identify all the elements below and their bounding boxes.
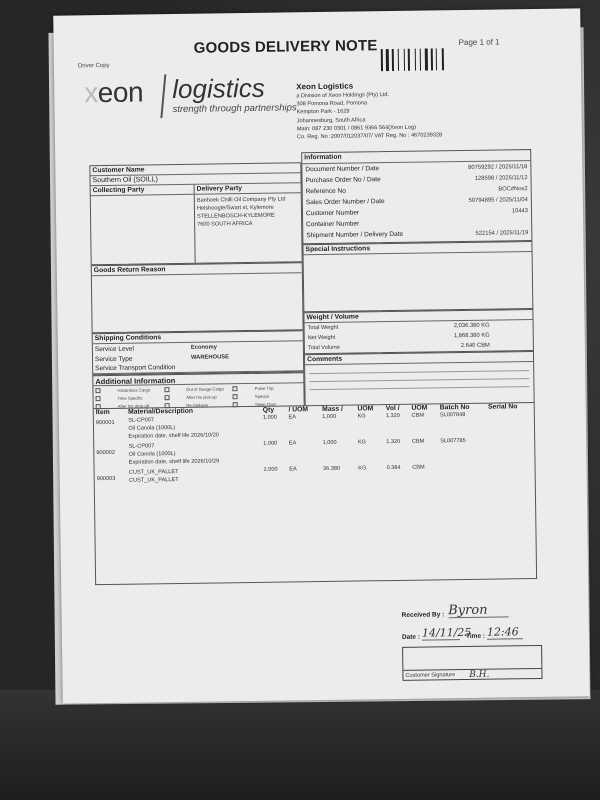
weight-volume-value: 2,036.380 KG <box>454 323 490 329</box>
additional-info-option[interactable]: Time Specific <box>96 394 165 402</box>
comment-line <box>309 378 529 382</box>
item-desc: CUST_UK_PALLET <box>129 475 260 485</box>
items-table: ItemMaterial/DescriptionQty/ UOMMass /UO… <box>94 403 535 486</box>
checkbox-icon[interactable] <box>96 396 101 401</box>
item-number: 900003 <box>95 468 128 486</box>
items-section: ItemMaterial/DescriptionQty/ UOMMass /UO… <box>93 403 537 585</box>
shipping-label: Service Transport Condition <box>95 364 191 372</box>
background-floor <box>0 690 600 800</box>
option-label: Pulse Trip <box>255 386 274 391</box>
item-vol-uom: CBM <box>410 463 439 481</box>
comment-line <box>309 386 529 390</box>
goods-return-section: Goods Return Reason <box>91 262 304 333</box>
delivery-party-cell: Delivery Party Banhoek Chilli Oil Compan… <box>195 183 302 262</box>
information-label: Sales Order Number / Date <box>306 198 385 206</box>
checkbox-icon[interactable] <box>95 388 100 393</box>
special-instructions-section: Special Instructions <box>302 241 533 312</box>
item-mass: 1,000 <box>320 413 356 439</box>
company-details: Xeon Logistics a Division of Xeon Holdin… <box>296 80 442 141</box>
item-vol: 1.320 <box>384 412 410 438</box>
additional-info-option[interactable]: Hazardous Cargo <box>95 386 164 394</box>
copy-type: Driver Copy <box>78 63 110 69</box>
special-instructions-header: Special Instructions <box>303 242 531 255</box>
comments-section: Comments <box>304 351 535 406</box>
logo-logistics: logistics <box>172 73 265 105</box>
logo-xeon: xeon <box>84 76 143 109</box>
information-row: Shipment Number / Delivery Date522154 / … <box>306 227 528 241</box>
additional-info-option[interactable]: Out of Guage Cargo <box>164 385 233 393</box>
option-label: Time Specific <box>118 396 143 401</box>
company-address-line: Co. Reg. No :2007/012037/07/ VAT Reg. No… <box>297 131 442 141</box>
item-serial <box>486 436 534 463</box>
item-mass: 36.380 <box>321 465 357 483</box>
information-value: BOC#Nov2 <box>498 186 527 192</box>
delivery-note-sheet: GOODS DELIVERY NOTE Page 1 of 1 Driver C… <box>53 8 590 703</box>
item-vol-uom: CBM <box>409 411 438 437</box>
information-label: Document Number / Date <box>305 165 379 173</box>
additional-info-option[interactable]: Pulse Trip <box>233 384 302 392</box>
company-tagline: strength through partnerships <box>172 102 296 115</box>
shipping-label: Service Type <box>95 354 191 362</box>
information-value: 522154 / 2025/11/19 <box>475 230 528 237</box>
delivery-party-line: 7600 SOUTH AFRICA <box>197 219 299 228</box>
item-qty: 1.000 <box>261 413 287 439</box>
additional-info-option[interactable]: Special <box>233 392 302 400</box>
item-mass: 1,000 <box>321 439 357 465</box>
checkbox-icon[interactable] <box>164 387 169 392</box>
information-label: Container Number <box>306 220 359 228</box>
received-by-label: Received By : <box>402 611 445 619</box>
barcode <box>381 48 457 71</box>
item-qty: 2.000 <box>262 465 288 483</box>
option-label: Special <box>255 394 269 399</box>
weight-volume-label: Total Volume <box>308 345 340 351</box>
logo-divider <box>160 74 165 118</box>
information-value: 10443 <box>512 208 528 214</box>
item-vol: 1.320 <box>384 438 410 464</box>
information-label: Shipment Number / Delivery Date <box>306 231 403 239</box>
option-label: Hazardous Cargo <box>117 387 150 392</box>
date-label: Date : <box>402 634 420 641</box>
goods-return-header: Goods Return Reason <box>92 263 302 276</box>
option-label: Out of Guage Cargo <box>186 386 224 392</box>
additional-info-section: Additional Information Hazardous CargoOu… <box>92 372 304 409</box>
item-qty-uom: EA <box>287 465 321 483</box>
item-mass-uom: KG <box>356 438 385 464</box>
weight-volume-value: 1,868.380 KG <box>454 333 490 339</box>
item-qty-uom: EA <box>286 413 320 439</box>
additional-info-option[interactable]: After hrs pick-up <box>164 393 233 401</box>
collecting-party-label: Collecting Party <box>91 185 194 196</box>
shipping-value: WAREHOUSE <box>191 354 229 361</box>
checkbox-icon[interactable] <box>164 395 169 400</box>
item-description: CUST_UK_PALLET CUST_UK_PALLET <box>127 466 262 486</box>
collecting-party-cell: Collecting Party <box>91 185 196 264</box>
page-number: Page 1 of 1 <box>459 37 500 47</box>
shipping-conditions-section: Shipping Conditions Service LevelEconomy… <box>92 330 305 375</box>
time-label: Time : <box>466 633 485 640</box>
option-label: After hrs pick-up <box>186 394 217 399</box>
item-qty-uom: EA <box>287 439 321 465</box>
shipping-rows: Service LevelEconomyService TypeWAREHOUS… <box>93 341 303 374</box>
item-description: SL-CP007 Oil Canola (1000L) Expiration d… <box>126 414 261 442</box>
received-by-value[interactable]: Byron <box>448 603 508 618</box>
information-value: 128598 / 2025/11/12 <box>475 175 528 182</box>
receipt-section: Received By : Byron Date : 14/11/25 Time… <box>401 601 552 681</box>
weight-volume-label: Total Weight <box>308 325 339 331</box>
item-qty: 1.000 <box>261 439 287 465</box>
item-vol: 0.384 <box>385 464 411 482</box>
item-mass-uom: KG <box>356 412 385 438</box>
shipping-label: Service Level <box>95 344 191 352</box>
date-value[interactable]: 14/11/25 <box>422 626 460 641</box>
information-value: 50794895 / 2025/11/04 <box>469 197 528 204</box>
document-title: GOODS DELIVERY NOTE <box>194 37 378 57</box>
information-label: Reference No <box>306 188 346 196</box>
information-section: Information Document Number / Date807592… <box>301 149 532 244</box>
time-value[interactable]: 12:46 <box>487 625 523 640</box>
item-batch <box>439 463 487 482</box>
information-rows: Document Number / Date80759292 / 2025/11… <box>302 161 531 241</box>
item-serial <box>487 462 535 481</box>
item-serial <box>486 410 534 437</box>
signature-box[interactable]: Customer Signature B.H. <box>402 645 542 681</box>
weight-volume-section: Weight / Volume Total Weight2,036.380 KG… <box>303 309 534 354</box>
comments-header: Comments <box>305 352 533 365</box>
information-value: 80759292 / 2025/11/18 <box>468 164 527 171</box>
item-vol-uom: CBM <box>410 437 439 463</box>
item-number: 900002 <box>94 442 127 468</box>
item-batch: SL007785 <box>438 437 487 464</box>
signature-value: B.H. <box>469 669 489 679</box>
checkbox-icon[interactable] <box>233 394 238 399</box>
weight-volume-value: 2.640 CBM <box>461 343 490 349</box>
checkbox-icon[interactable] <box>233 386 238 391</box>
items-body: 900001 SL-CP007 Oil Canola (1000L) Expir… <box>94 410 535 486</box>
item-description: SL-CP007 Oil Canola (1000L) Expiration d… <box>126 440 261 468</box>
comment-line <box>309 370 529 374</box>
item-number: 900001 <box>94 416 127 442</box>
item-mass-uom: KG <box>356 464 385 482</box>
information-label: Customer Number <box>306 209 359 217</box>
signature-label: Customer Signature <box>403 672 455 679</box>
shipping-value: Economy <box>191 344 217 350</box>
information-label: Purchase Order No / Date <box>306 176 381 184</box>
weight-volume-label: Net Weight <box>308 335 336 341</box>
weight-volume-rows: Total Weight2,036.380 KGNet Weight1,868.… <box>305 320 533 353</box>
item-batch: SL007848 <box>438 411 487 438</box>
customer-section: Customer Name Southern Oil (SOILL) Colle… <box>89 162 302 265</box>
